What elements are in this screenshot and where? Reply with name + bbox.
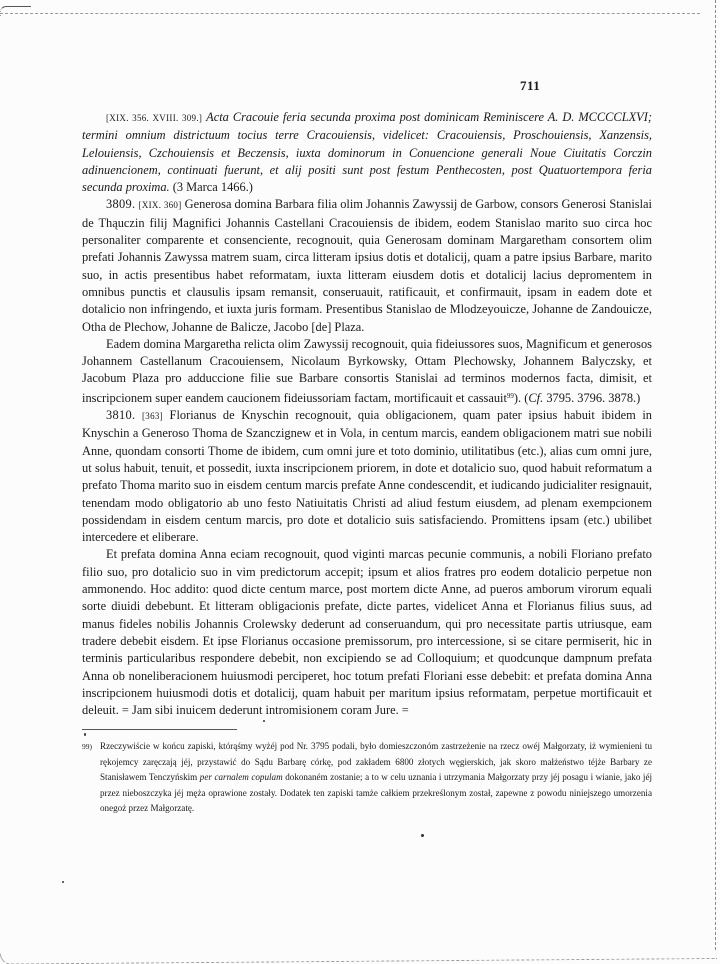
archive-reference: [XIX. 356. XVIII. 309.]	[106, 113, 202, 123]
footnote-reference[interactable]: 99	[507, 392, 514, 400]
scan-edge-corner	[0, 6, 31, 16]
scan-edge-bottom	[0, 948, 717, 964]
entry-text: Generosa domina Barbara filia olim Johan…	[82, 197, 652, 333]
document-body: [XIX. 356. XVIII. 309.] Acta Cracouie fe…	[82, 109, 652, 719]
footnote: 99) Rzeczywiście w końcu zapiski, którąś…	[82, 739, 652, 817]
footnote-marker: 99)	[82, 739, 92, 755]
punctuation: ).	[514, 391, 521, 405]
entry-number: 3810.	[106, 408, 135, 422]
footnote-italic: per carnalem copulam	[200, 772, 283, 782]
entry-text: Et prefata domina Anna eciam recognouit,…	[82, 547, 652, 717]
scan-speck	[62, 881, 64, 883]
page-number: 711	[520, 78, 540, 94]
heading-date: (3 Marca 1466.)	[173, 180, 253, 194]
footnote-99: 99) Rzeczywiście w końcu zapiski, którąś…	[82, 739, 652, 817]
footnote-divider	[82, 729, 237, 730]
entry-reference: [363]	[142, 411, 163, 421]
scan-speck	[84, 733, 86, 736]
scan-speck	[421, 834, 424, 837]
entry-text: Florianus de Knyschin recognouit, quia o…	[82, 408, 652, 544]
entry-number: 3809.	[106, 197, 135, 211]
section-heading: [XIX. 356. XVIII. 309.] Acta Cracouie fe…	[82, 109, 652, 196]
scan-edge-top	[0, 13, 700, 14]
entry-3810: 3810. [363] Florianus de Knyschin recogn…	[82, 407, 652, 546]
scan-edge-right	[715, 0, 716, 950]
entry-reference: [XIX. 360]	[139, 200, 182, 210]
scan-speck	[263, 720, 265, 722]
entry-3810-paragraph-2: Et prefata domina Anna eciam recognouit,…	[82, 546, 652, 719]
crossref-numbers: 3795. 3796. 3878.)	[546, 391, 640, 405]
entry-3809: 3809. [XIX. 360] Generosa domina Barbara…	[82, 196, 652, 335]
entry-3809-paragraph-2: Eadem domina Margaretha relicta olim Zaw…	[82, 336, 652, 407]
crossref-label: Cf.	[528, 391, 543, 405]
